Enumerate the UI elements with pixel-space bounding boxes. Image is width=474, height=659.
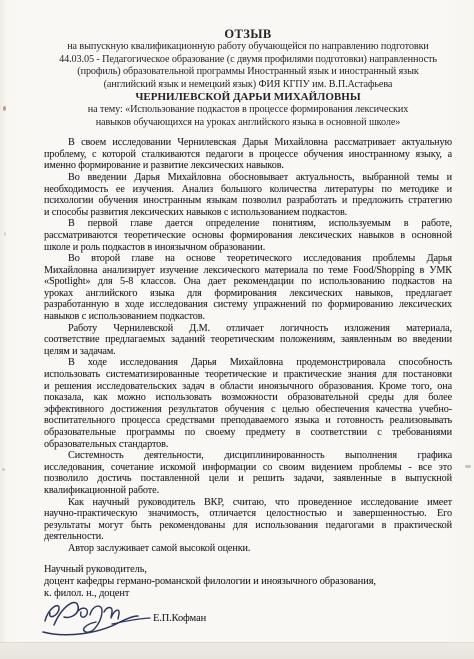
document-header: ОТЗЫВ на выпускную квалификационную рабо… [44,27,452,129]
body-line: исследования, сочетание искомой информац… [44,462,452,474]
body-line: Системность деятельности, дисциплинирова… [44,450,452,462]
body-line: Как научный руководитель ВКР, считаю, чт… [44,497,452,509]
body-line: воспитательного процесса средствами преп… [44,415,452,427]
body-line: навыков с использованием подкастов. [44,311,452,323]
body-line: В первой главе дается определение поняти… [44,218,452,230]
body-line: показала, как можно использовать возможн… [44,392,452,404]
body-line: деятельности. [44,531,452,543]
signature-row: Е.П.Кофман [44,602,452,646]
scan-speck [4,232,6,236]
topic-line: на тему: «Использование подкастов в проц… [44,104,452,117]
header-line: (английский язык и немецкий язык) ФИЯ КГ… [44,79,452,92]
body-line: использовать систематизированные теорети… [44,369,452,381]
document-page: ОТЗЫВ на выпускную квалификационную рабо… [0,0,474,659]
body-line: и решения исследовательских задач в обла… [44,381,452,393]
scan-speck [2,468,5,471]
body-line: позволило достичь поставленной цели и ре… [44,473,452,485]
scan-edge-bottom [0,642,474,659]
signature-role-line: доцент кафедры германо-романской филолог… [44,576,452,588]
body-line: научно-практическую значимость, отличает… [44,508,452,520]
body-line: необходимость ее изучения. Анализ большо… [44,184,452,196]
body-line: психологии обучения иностранным языкам п… [44,195,452,207]
body-line: квалификационной работе. [44,485,452,497]
review-title: ОТЗЫВ [44,27,452,41]
body-line: Михайловна анализирует изучение лексичес… [44,265,452,277]
body-line: и способы развития лексических навыков с… [44,207,452,219]
student-name: ЧЕРНИЛЕВСКОЙ ДАРЬИ МИХАЙЛОВНЫ [44,91,452,104]
body-line: соответствие предлагаемых заданий теорет… [44,334,452,346]
body-line: рассматриваются теоретические основы фор… [44,230,452,242]
body-line: целям и задачам. [44,346,452,358]
body-line: В ходе исследования Дарья Михайловна про… [44,357,452,369]
body-line: В своем исследовании Чернилевская Дарья … [44,137,452,149]
handwritten-signature-icon [41,593,159,641]
header-line: на выпускную квалификационную работу обу… [44,41,452,54]
review-body: В своем исследовании Чернилевская Дарья … [44,137,452,554]
body-line: образовательные программы по своему пред… [44,427,452,439]
scan-speck [3,106,6,111]
body-line: школе и роль подкастов в иноязычном обра… [44,242,452,254]
body-line: результаты могут быть рекомендованы для … [44,520,452,532]
body-line: Работу Чернилевской Д.М. отличает логичн… [44,323,452,335]
document-content: ОТЗЫВ на выпускную квалификационную рабо… [44,27,452,646]
body-line: «Spotlight» для 5-8 классов. Она дает ре… [44,276,452,288]
signature-block: Научный руководитель, доцент кафедры гер… [44,564,452,647]
signer-name: Е.П.Кофман [153,613,206,624]
body-line: разработанную в ходе исследования систем… [44,299,452,311]
body-line: Во второй главе на основе теоретического… [44,253,452,265]
signature-role-line: Научный руководитель, [44,564,452,576]
body-line: проблему, с которой сталкиваются педагог… [44,149,452,161]
body-line: Во введении Дарья Михайловна обосновывае… [44,172,452,184]
scan-speck [465,465,471,468]
body-line: уроках английского языка для формировани… [44,288,452,300]
body-line: Автор заслуживает самой высокой оценки. [44,543,452,555]
body-line: именно формирование и развитие лексическ… [44,160,452,172]
header-line: (профиль) образовательной программы Инос… [44,66,452,79]
body-line: эффективного достижения результатов обуч… [44,404,452,416]
body-line: образовательных стандартов. [44,439,452,451]
header-line: 44.03.05 - Педагогическое образование (с… [44,54,452,67]
topic-line: навыков обучающихся на уроках английског… [44,117,452,130]
